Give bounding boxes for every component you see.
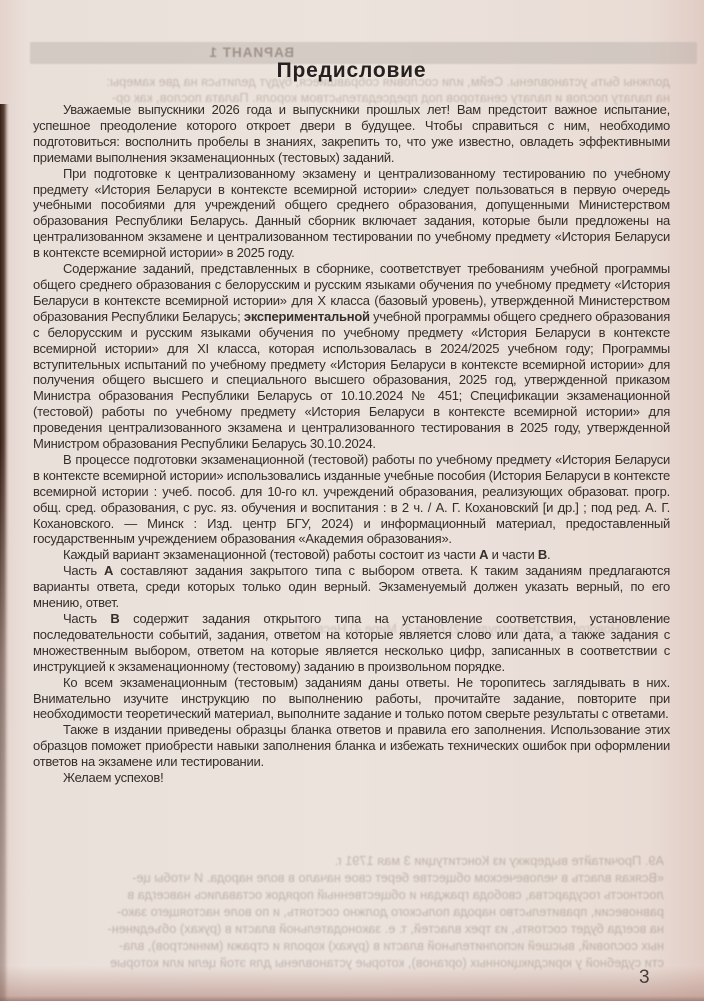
bold-text: экспериментальной (244, 309, 370, 324)
paragraph: Ко всем экзаменационным (тестовым) задан… (33, 675, 670, 723)
text-run: содержит задания открытого типа на устан… (33, 611, 670, 674)
text-run: Также в издании приведены образцы бланка… (33, 722, 670, 769)
paragraph: Уважаемые выпускники 2026 года и выпускн… (33, 102, 670, 166)
page-title: Предисловие (33, 59, 670, 83)
page-number: 3 (639, 967, 650, 989)
showthrough-line: сти судебной у юрисдикционных (органов),… (36, 954, 664, 971)
text-run: В процессе подготовки экзаменационной (т… (33, 452, 670, 547)
paragraph: При подготовке к централизованному экзам… (33, 166, 670, 261)
text-run: Ко всем экзаменационным (тестовым) задан… (33, 675, 670, 722)
paragraph: В процессе подготовки экзаменационной (т… (33, 452, 670, 547)
showthrough-line: равновесии, правительство народа польско… (36, 903, 664, 920)
book-spine-shadow (0, 104, 9, 1001)
bold-text: В (110, 611, 119, 626)
text-run: При подготовке к централизованному экзам… (33, 166, 670, 261)
text-run: составляют задания закрытого типа с выбо… (33, 563, 670, 610)
text-run: Часть (63, 611, 110, 626)
preface-body: Уважаемые выпускники 2026 года и выпускн… (33, 102, 670, 786)
bold-text: А (479, 547, 488, 562)
showthrough-line: на всегда будет состоять, из трех власте… (36, 920, 664, 937)
text-run: учебной программы общего среднего образо… (33, 309, 670, 451)
showthrough-line: А9. Прочитайте выдержку из Конституции 3… (36, 852, 664, 869)
showthrough-bottom-text: А9. Прочитайте выдержку из Конституции 3… (36, 852, 664, 971)
showthrough-line: «Всякая власть в человеческом обществе б… (36, 869, 664, 886)
paragraph: Желаем успехов! (33, 770, 670, 786)
text-run: и части (488, 547, 538, 562)
paragraph: Часть А составляют задания закрытого тип… (33, 563, 670, 611)
text-run: Уважаемые выпускники 2026 года и выпускн… (33, 102, 670, 165)
showthrough-line: лостность государства, свобода граждан и… (36, 886, 664, 903)
text-run: Часть (63, 563, 104, 578)
text-run: . (547, 547, 550, 562)
showthrough-line: ных сословий, высшей исполнительной влас… (36, 937, 664, 954)
paragraph: Каждый вариант экзаменационной (тестовой… (33, 547, 670, 563)
showthrough-variant-label: ВАРИАНТ 1 (208, 45, 294, 60)
bold-text: В (538, 547, 547, 562)
text-run: Каждый вариант экзаменационной (тестовой… (63, 547, 479, 562)
book-page: ВАРИАНТ 1 должны быть установлены. Сейм,… (0, 0, 704, 1001)
paragraph: Также в издании приведены образцы бланка… (33, 722, 670, 770)
page-bottom-shadow (0, 996, 704, 1001)
text-run: Желаем успехов! (63, 770, 163, 785)
bold-text: А (104, 563, 113, 578)
paragraph: Содержание заданий, представленных в сбо… (33, 261, 670, 452)
paragraph: Часть В содержит задания открытого типа … (33, 611, 670, 675)
